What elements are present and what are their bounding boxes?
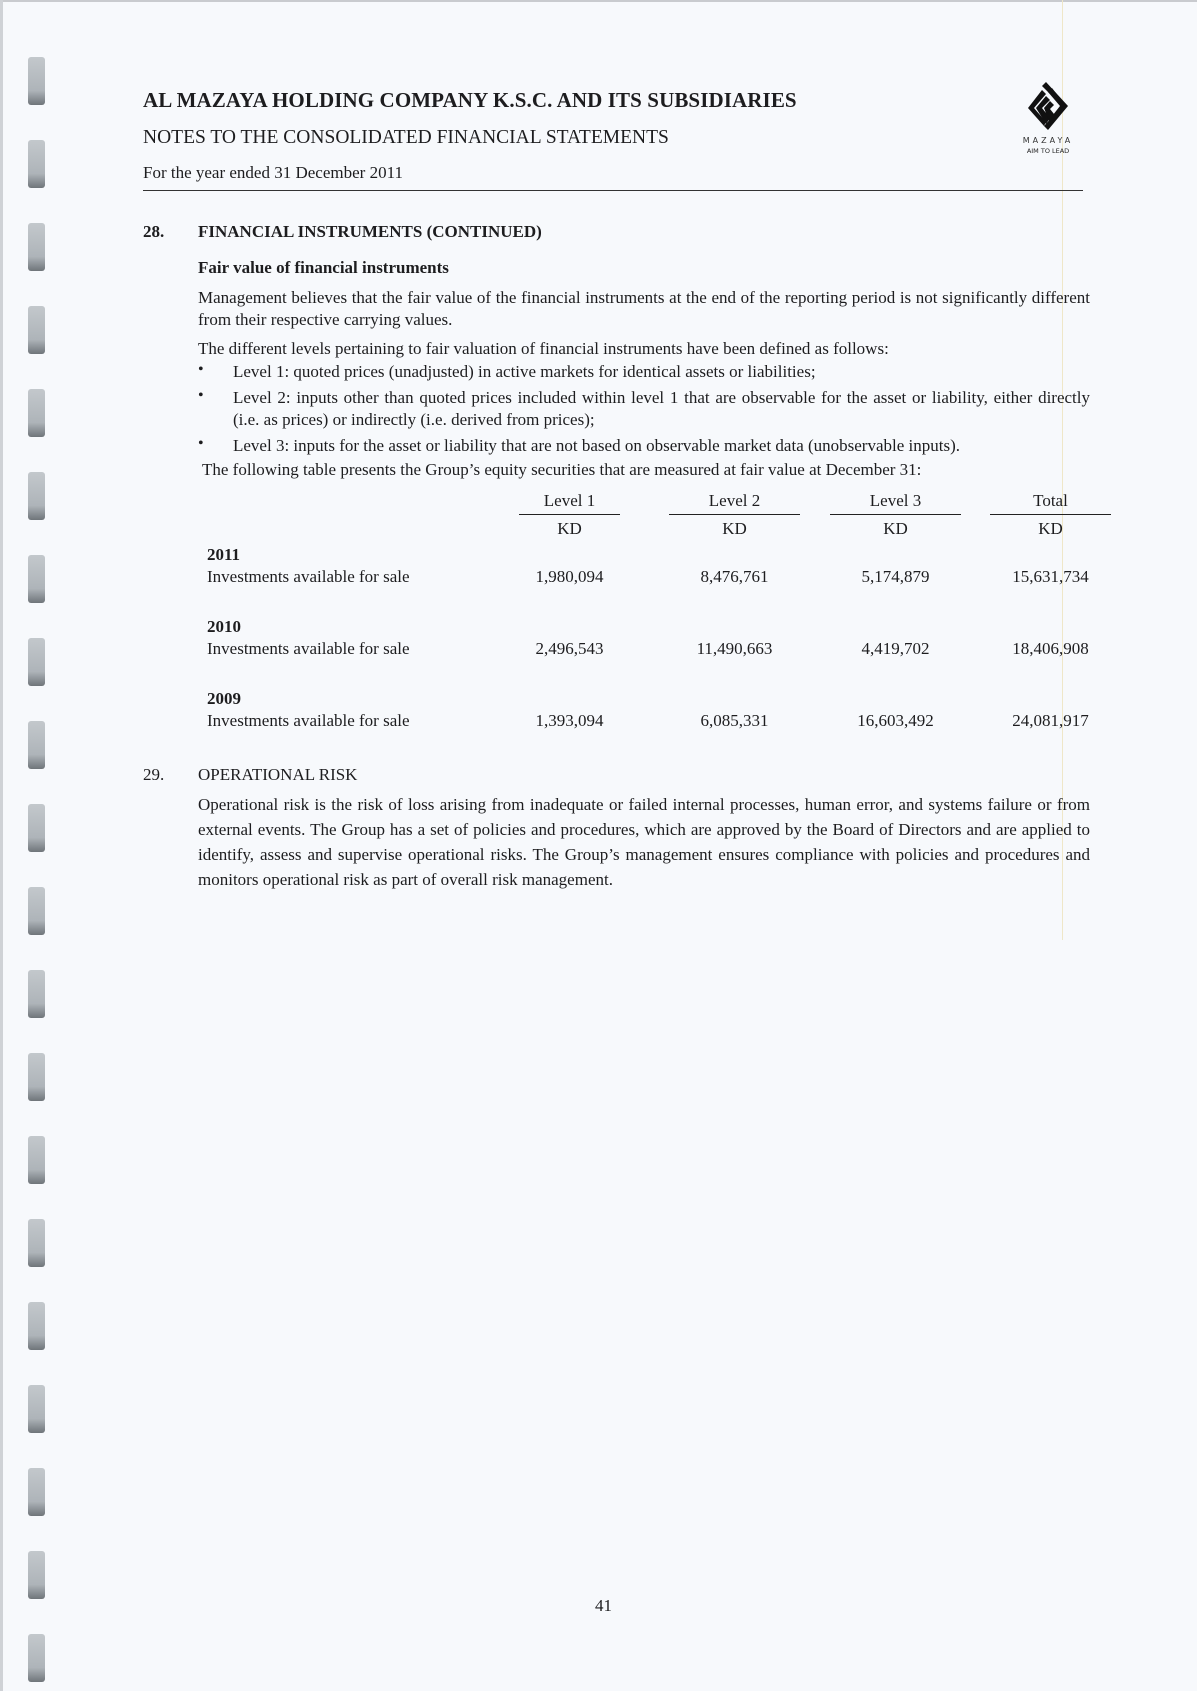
bullet-level-1: Level 1: quoted prices (unadjusted) in a…	[233, 361, 1090, 383]
binding-hole	[28, 1468, 45, 1516]
binding-hole	[28, 638, 45, 686]
section-29-number: 29.	[143, 765, 164, 785]
operational-risk-paragraph: Operational risk is the risk of loss ari…	[198, 792, 1090, 892]
table-cell: 6,085,331	[669, 711, 800, 731]
column-header-total: Total	[990, 491, 1111, 511]
table-row-label: Investments available for sale	[207, 639, 410, 659]
table-cell: 4,419,702	[830, 639, 961, 659]
column-unit: KD	[669, 519, 800, 539]
table-cell: 1,393,094	[519, 711, 620, 731]
binding-hole	[28, 1302, 45, 1350]
binding-hole	[28, 306, 45, 354]
mazaya-diamond-logo-icon	[1024, 78, 1072, 134]
column-unit: KD	[830, 519, 961, 539]
column-unit: KD	[990, 519, 1111, 539]
binding-hole	[28, 140, 45, 188]
table-cell: 18,406,908	[990, 639, 1111, 659]
table-cell: 5,174,879	[830, 567, 961, 587]
binding-hole	[28, 1385, 45, 1433]
binding-hole	[28, 970, 45, 1018]
column-header-level-2: Level 2	[669, 491, 800, 511]
fair-value-paragraph: Management believes that the fair value …	[198, 287, 1090, 331]
header-divider	[143, 190, 1083, 191]
binding-hole	[28, 804, 45, 852]
table-cell: 24,081,917	[990, 711, 1111, 731]
document-subtitle: NOTES TO THE CONSOLIDATED FINANCIAL STAT…	[143, 127, 669, 149]
column-underline	[830, 514, 961, 515]
table-cell: 1,980,094	[519, 567, 620, 587]
column-header-level-1: Level 1	[519, 491, 620, 511]
table-row-label: Investments available for sale	[207, 711, 410, 731]
table-row-label: Investments available for sale	[207, 567, 410, 587]
column-underline	[669, 514, 800, 515]
logo-wordmark: MAZAYA	[1006, 136, 1090, 145]
fair-value-subtitle: Fair value of financial instruments	[198, 258, 449, 278]
row-year-2010: 2010	[207, 617, 241, 637]
table-cell: 2,496,543	[519, 639, 620, 659]
bullet-1-dot: •	[198, 361, 204, 379]
column-unit: KD	[519, 519, 620, 539]
binding-hole	[28, 1219, 45, 1267]
reporting-period: For the year ended 31 December 2011	[143, 163, 403, 183]
bullet-level-2: Level 2: inputs other than quoted prices…	[233, 387, 1090, 431]
page-left-edge	[0, 0, 3, 1691]
table-intro-paragraph: The following table presents the Group’s…	[202, 459, 1094, 481]
row-year-2009: 2009	[207, 689, 241, 709]
row-year-2011: 2011	[207, 545, 240, 565]
table-cell: 11,490,663	[669, 639, 800, 659]
binding-hole	[28, 1053, 45, 1101]
page-top-edge	[0, 0, 1197, 2]
column-header-level-3: Level 3	[830, 491, 961, 511]
binding-hole	[28, 223, 45, 271]
page-number: 41	[595, 1596, 612, 1616]
bullet-level-3: Level 3: inputs for the asset or liabili…	[233, 435, 1090, 457]
binding-hole	[28, 1551, 45, 1599]
column-underline	[990, 514, 1111, 515]
bullet-2-dot: •	[198, 387, 204, 405]
binding-hole	[28, 721, 45, 769]
section-28-title: FINANCIAL INSTRUMENTS (CONTINUED)	[198, 222, 542, 242]
binding-hole	[28, 1136, 45, 1184]
binding-hole	[28, 1634, 45, 1682]
levels-intro-paragraph: The different levels pertaining to fair …	[198, 338, 1090, 360]
company-name: AL MAZAYA HOLDING COMPANY K.S.C. AND ITS…	[143, 88, 797, 113]
binding-hole	[28, 887, 45, 935]
table-cell: 16,603,492	[830, 711, 961, 731]
column-underline	[519, 514, 620, 515]
section-28-number: 28.	[143, 222, 164, 242]
table-cell: 15,631,734	[990, 567, 1111, 587]
table-cell: 8,476,761	[669, 567, 800, 587]
binding-hole	[28, 555, 45, 603]
binding-hole	[28, 57, 45, 105]
binding-hole	[28, 472, 45, 520]
binding-hole	[28, 389, 45, 437]
section-29-title: OPERATIONAL RISK	[198, 765, 357, 785]
company-logo: MAZAYA AIM TO LEAD	[1006, 78, 1090, 155]
bullet-3-dot: •	[198, 435, 204, 453]
logo-tagline: AIM TO LEAD	[1006, 147, 1090, 155]
